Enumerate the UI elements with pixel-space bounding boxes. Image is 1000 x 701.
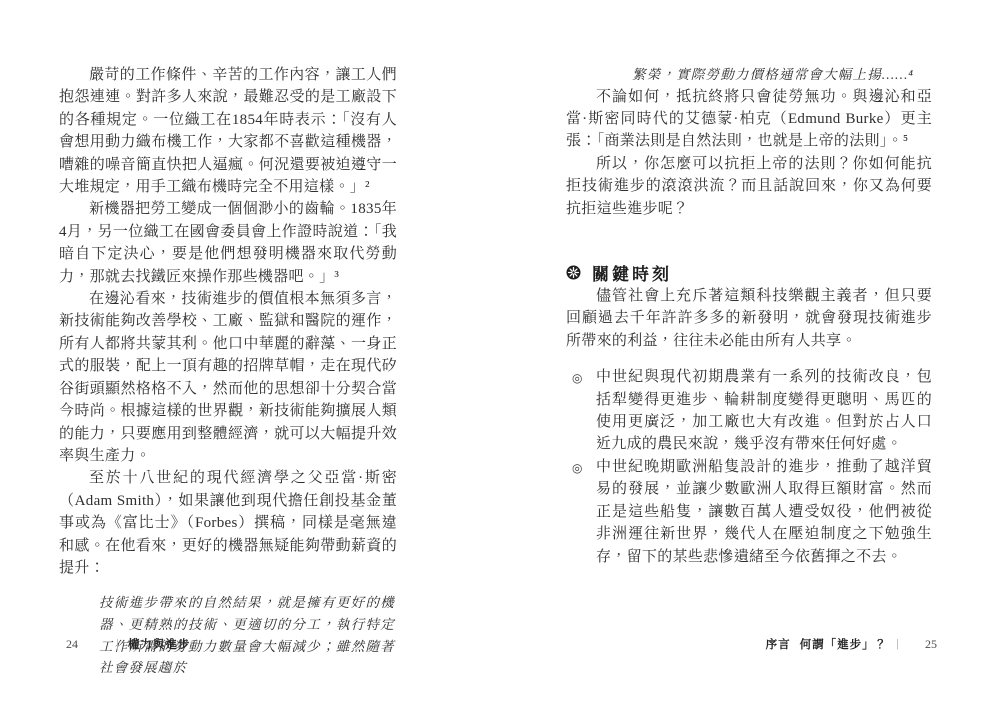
book-spread: { "colors": { "text": "#2f2f2f", "headin… [0, 0, 1000, 701]
list-item-text: 中世紀與現代初期農業有一系列的技術改良，包括犁變得更進步、輪耕制度變得更聰明、馬… [596, 369, 932, 452]
bullet-marker-icon: ◎ [572, 367, 583, 389]
section-heading: 關鍵時刻 [566, 260, 932, 285]
paragraph: 不論如何，抵抗終將只會徒勞無功。與邊沁和亞當·斯密同時代的艾德蒙·柏克（Edmu… [566, 86, 932, 153]
bullet-list: ◎ 中世紀與現代初期農業有一系列的技術改良，包括犁變得更進步、輪耕制度變得更聰明… [566, 366, 932, 568]
page-number: 25 [925, 637, 937, 652]
section-title: 關鍵時刻 [592, 260, 672, 285]
paragraph: 至於十八世紀的現代經濟學之父亞當·斯密（Adam Smith），如果讓他到現代擔… [59, 467, 397, 579]
footer-section-label: 序言 [766, 636, 791, 652]
paragraph: 儘管社會上充斥著這類科技樂觀主義者，但只要回顧過去千年許許多多的新發明，就會發現… [566, 285, 932, 352]
footer-separator: | [896, 638, 899, 650]
page-number: 24 [66, 637, 116, 652]
footer-separator: | [116, 638, 119, 650]
list-item: ◎ 中世紀晚期歐洲船隻設計的進步，推動了越洋貿易的發展，並讓少數歐洲人取得巨額財… [566, 456, 932, 568]
paragraph: 嚴苛的工作條件、辛苦的工作內容，讓工人們抱怨連連。對許多人來說，最難忍受的是工廠… [59, 64, 397, 198]
book-title: 權力與進步 [128, 636, 191, 652]
circled-asterisk-icon [566, 265, 581, 280]
right-page-footer: 序言 何謂「進步」？ | 25 [766, 636, 937, 652]
list-item: ◎ 中世紀與現代初期農業有一系列的技術改良，包括犁變得更進步、輪耕制度變得更聰明… [566, 366, 932, 456]
paragraph: 所以，你怎麼可以抗拒上帝的法則？你如何能抗拒技術進步的滾滾洪流？而且話說回來，你… [566, 153, 932, 220]
right-page: 繁榮，實際勞動力價格通常會大幅上揚……⁴ 不論如何，抵抗終將只會徒勞無功。與邊沁… [566, 64, 932, 568]
left-page-footer: 24 | 權力與進步 [66, 636, 190, 652]
list-item-text: 中世紀晚期歐洲船隻設計的進步，推動了越洋貿易的發展，並讓少數歐洲人取得巨額財富。… [596, 459, 932, 565]
bullet-marker-icon: ◎ [572, 457, 583, 479]
block-quote-continuation: 繁榮，實際勞動力價格通常會大幅上揚……⁴ [632, 64, 932, 86]
footer-chapter-title: 何謂「進步」？ [800, 636, 888, 652]
left-page: 嚴苛的工作條件、辛苦的工作內容，讓工人們抱怨連連。對許多人來說，最難忍受的是工廠… [59, 64, 397, 679]
paragraph: 新機器把勞工變成一個個渺小的齒輪。1835年4月，另一位織工在國會委員會上作證時… [59, 198, 397, 288]
paragraph: 在邊沁看來，技術進步的價值根本無須多言，新技術能夠改善學校、工廠、監獄和醫院的運… [59, 288, 397, 467]
